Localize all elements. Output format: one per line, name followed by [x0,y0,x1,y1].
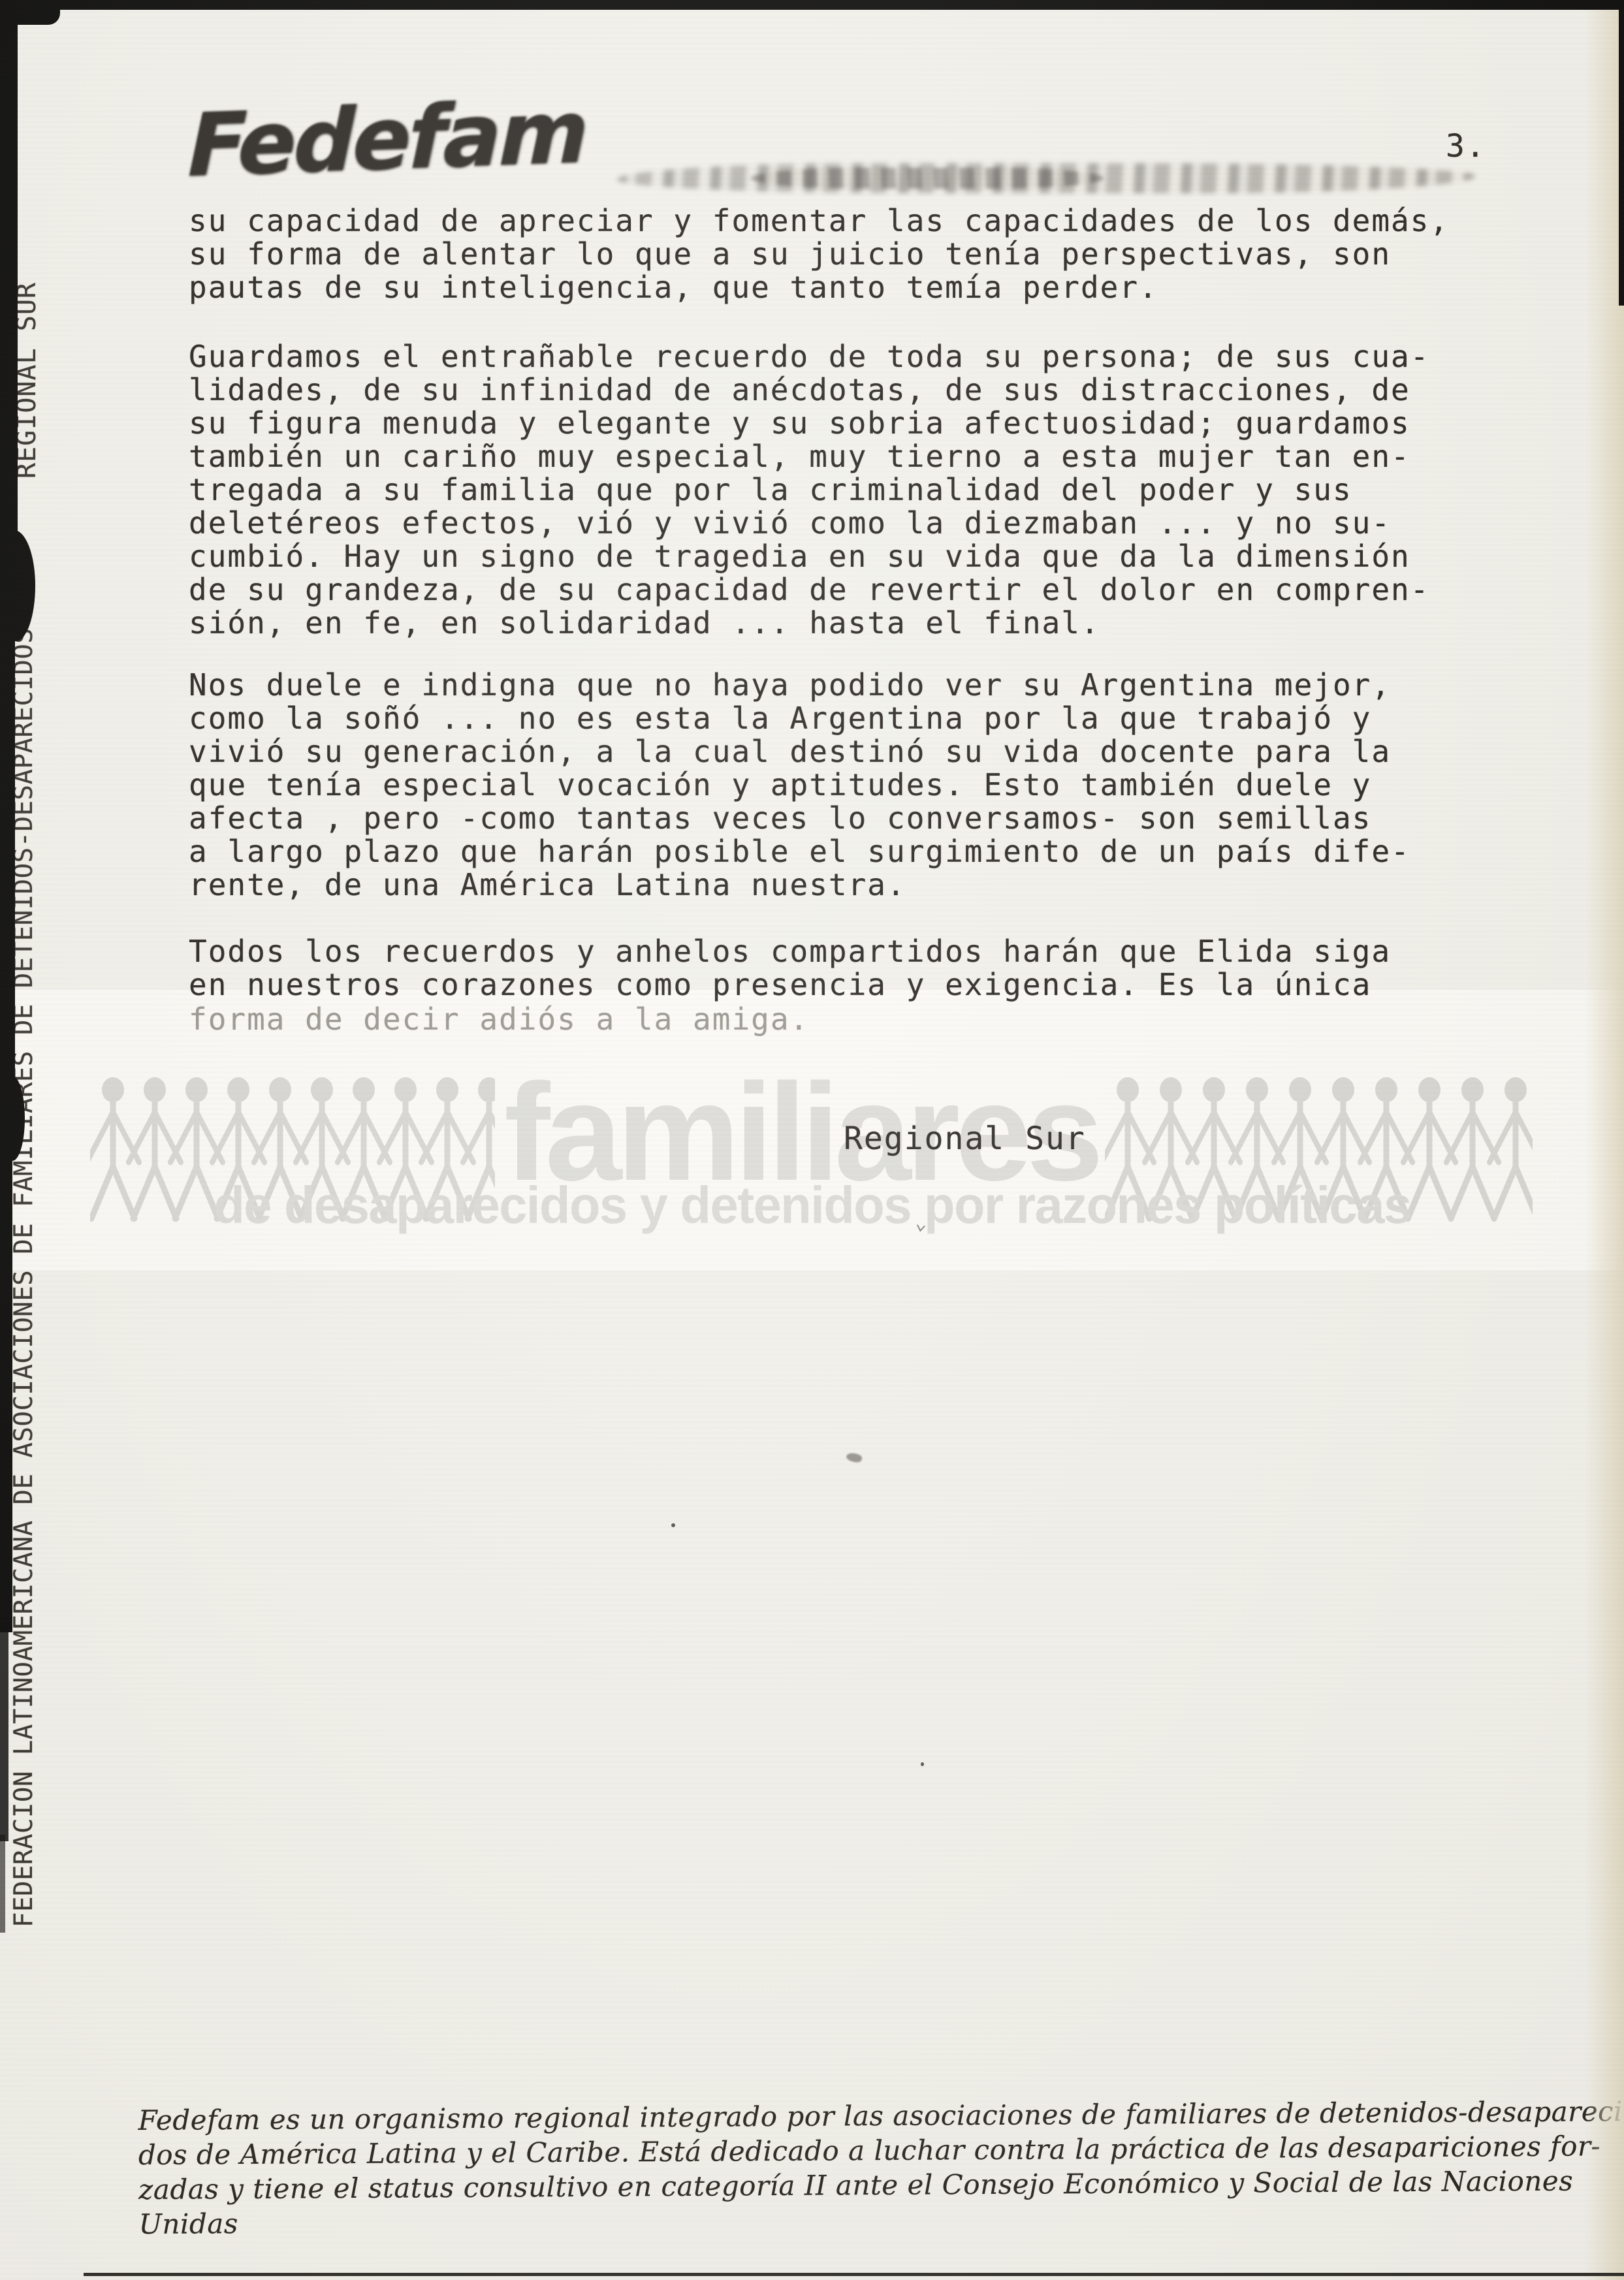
ink-bleed-smudge [617,163,1476,193]
paragraph-4-faded-last-line: forma de decir adiós a la amiga. [189,1002,809,1037]
scan-edge-top [0,0,1624,10]
scan-edge-left [0,1110,12,1632]
scan-edge-left [0,1626,8,1841]
scan-edge-left [0,0,18,575]
scan-edge-left [0,562,15,1116]
paragraph-4: Todos los recuerdos y anhelos compartido… [189,935,1391,1002]
watermark-subtitle-text: de desaparecidos y detenidos por razones… [214,1179,1410,1231]
stray-dot [921,1762,924,1766]
scanned-document-page: familiares de desaparecidos y detenidos … [0,0,1624,2280]
ink-bleed-smudge-dark [751,168,1104,189]
scan-edge-bottom-line [84,2273,1624,2276]
stray-dot [671,1523,675,1527]
stray-ink-blob [846,1451,863,1463]
paragraph-2: Guardamos el entrañable recuerdo de toda… [189,340,1429,640]
paragraph-1: su capacidad de apreciar y fomentar las … [189,204,1449,304]
scan-edge-right-sliver [1619,0,1624,306]
signature-regional-sur: Regional Sur [844,1120,1086,1157]
paragraph-3: Nos duele e indigna que no haya podido v… [189,669,1410,902]
fedefam-logo: Fedefam [187,82,587,196]
footer-note: Fedefam es un organismo regional integra… [138,2094,1624,2241]
page-number: 3. [1446,128,1486,165]
scan-edge-left [0,1835,5,1933]
